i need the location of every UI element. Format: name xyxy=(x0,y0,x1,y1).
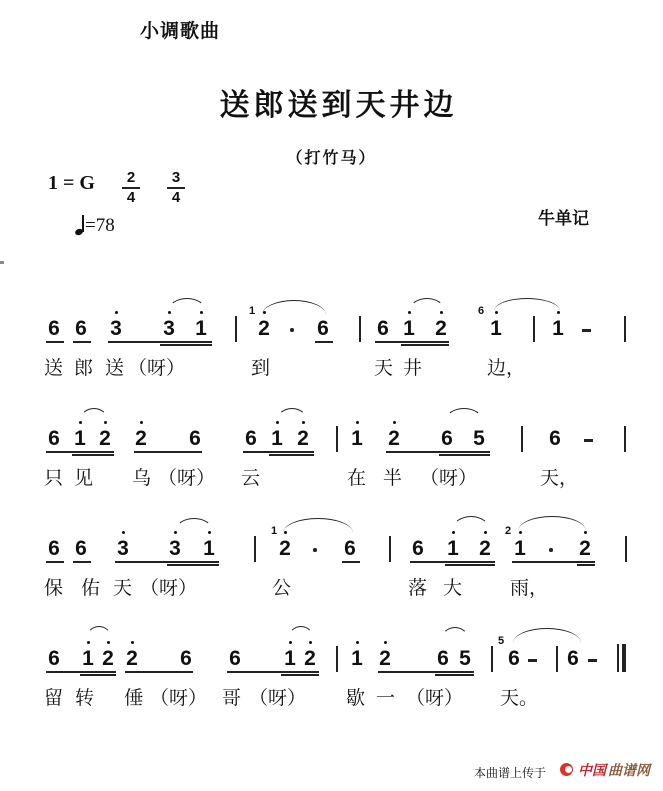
lyric: 落 xyxy=(408,577,427,599)
note: 1 xyxy=(446,538,460,560)
lyric: 郎 xyxy=(74,357,93,379)
note: 1 xyxy=(202,538,216,560)
lyric: 井 xyxy=(403,357,422,379)
note: 6 xyxy=(411,538,425,560)
barline xyxy=(389,536,391,562)
note: 6 xyxy=(179,648,193,670)
lyric: 佑 xyxy=(81,577,100,599)
lyric: （呀） xyxy=(406,687,463,709)
lyric: 公 xyxy=(272,577,291,599)
note: 1 xyxy=(350,648,364,670)
note: 1 xyxy=(489,318,503,340)
note: 6 xyxy=(343,538,357,560)
extension-dash xyxy=(528,659,537,662)
note: 6 xyxy=(228,648,242,670)
song-title: 送郎送到天井边 xyxy=(0,80,663,124)
note: 2 xyxy=(125,648,139,670)
barline xyxy=(521,426,523,452)
lyric: 只 xyxy=(44,467,63,489)
lyric: 歇 xyxy=(346,687,365,709)
note: 2 xyxy=(257,318,271,340)
barline xyxy=(235,316,237,342)
logo-text-secondary: 曲谱网 xyxy=(608,760,650,780)
note: 6 xyxy=(244,428,258,450)
lyric: 天。 xyxy=(500,687,538,709)
note: 2 xyxy=(101,648,115,670)
quarter-note-icon xyxy=(75,215,85,235)
note: 6 xyxy=(566,648,580,670)
lyric: （呀） xyxy=(150,687,207,709)
note: 2 xyxy=(134,428,148,450)
tempo-marking: =78 xyxy=(75,215,115,237)
key-signature: 1 = G xyxy=(48,172,95,195)
barline xyxy=(624,316,626,342)
note: 6 xyxy=(74,538,88,560)
note: 3 xyxy=(168,538,182,560)
barline xyxy=(359,316,361,342)
lyric: 雨， xyxy=(510,577,548,599)
note: 6 xyxy=(74,318,88,340)
lyric: 保 xyxy=(44,577,63,599)
logo-text-primary: 中国 xyxy=(578,760,606,780)
lyric: 到 xyxy=(251,357,270,379)
note: 3 xyxy=(116,538,130,560)
time-signature-3-4: 34 xyxy=(167,170,185,206)
note: 1 xyxy=(283,648,297,670)
note: 2 xyxy=(303,648,317,670)
lyric: 留 xyxy=(44,687,63,709)
lyric: （呀） xyxy=(128,357,185,379)
note: 1 xyxy=(551,318,565,340)
lyric: （呀） xyxy=(420,467,477,489)
lyric: 乌 xyxy=(132,467,151,489)
note: 3 xyxy=(162,318,176,340)
barline xyxy=(491,646,493,672)
note: 1 xyxy=(270,428,284,450)
note: 6 xyxy=(507,648,521,670)
note: 1 xyxy=(81,648,95,670)
barline xyxy=(624,426,626,452)
note: 5 xyxy=(458,648,472,670)
note: 2 xyxy=(434,318,448,340)
note: 6 xyxy=(436,648,450,670)
barline xyxy=(254,536,256,562)
note: 6 xyxy=(47,428,61,450)
lyric: 见 xyxy=(74,467,93,489)
upload-credit: 本曲谱上传于 xyxy=(474,764,546,781)
note: 5 xyxy=(472,428,486,450)
grace-note: 2 xyxy=(505,526,511,537)
site-logo[interactable]: 中国曲谱网 xyxy=(560,760,650,780)
lyric: 送 xyxy=(105,357,124,379)
recorder-credit: 牛单记 xyxy=(538,204,589,229)
note: 6 xyxy=(47,538,61,560)
lyric: 一 xyxy=(376,687,395,709)
scan-mark xyxy=(0,261,4,264)
barline xyxy=(533,316,535,342)
grace-note: 1 xyxy=(249,306,255,317)
lyric: 在 xyxy=(347,467,366,489)
logo-mark-icon xyxy=(560,762,576,778)
note: 1 xyxy=(350,428,364,450)
note: 1 xyxy=(402,318,416,340)
lyric: （呀） xyxy=(158,467,215,489)
extension-dash xyxy=(588,659,597,662)
barline xyxy=(336,426,338,452)
note: 6 xyxy=(440,428,454,450)
lyric: 倕 xyxy=(124,687,143,709)
lyric: 天 xyxy=(113,577,132,599)
note: 6 xyxy=(47,318,61,340)
note: 6 xyxy=(376,318,390,340)
note: 2 xyxy=(387,428,401,450)
lyric: 转 xyxy=(75,687,94,709)
lyric: 云 xyxy=(241,467,260,489)
note: 1 xyxy=(73,428,87,450)
lyric: 哥 xyxy=(222,687,241,709)
extension-dash xyxy=(582,329,591,332)
grace-note: 6 xyxy=(478,306,484,317)
note: 2 xyxy=(98,428,112,450)
note: 3 xyxy=(109,318,123,340)
song-category: 小调歌曲 xyxy=(140,16,220,43)
lyric: 边， xyxy=(487,357,525,379)
lyric: 送 xyxy=(44,357,63,379)
extension-dash xyxy=(584,439,593,442)
barline xyxy=(625,536,627,562)
lyric: （呀） xyxy=(140,577,197,599)
lyric: 半 xyxy=(383,467,402,489)
note: 6 xyxy=(316,318,330,340)
note: 2 xyxy=(296,428,310,450)
lyric: （呀） xyxy=(249,687,306,709)
grace-note: 5 xyxy=(498,636,504,647)
note: 1 xyxy=(194,318,208,340)
note: 6 xyxy=(47,648,61,670)
grace-note: 1 xyxy=(271,526,277,537)
time-signature-2-4: 24 xyxy=(122,170,140,206)
lyric: 天， xyxy=(540,467,578,489)
note: 2 xyxy=(578,538,592,560)
final-barline-thick xyxy=(622,644,626,672)
note: 2 xyxy=(478,538,492,560)
barline xyxy=(336,646,338,672)
note: 6 xyxy=(548,428,562,450)
note: 1 xyxy=(513,538,527,560)
note: 2 xyxy=(378,648,392,670)
song-subtitle: （打竹马） xyxy=(0,145,663,168)
lyric: 天 xyxy=(374,357,393,379)
lyric: 大 xyxy=(443,577,462,599)
final-barline xyxy=(617,644,619,672)
barline xyxy=(556,646,558,672)
note: 2 xyxy=(278,538,292,560)
note: 6 xyxy=(188,428,202,450)
